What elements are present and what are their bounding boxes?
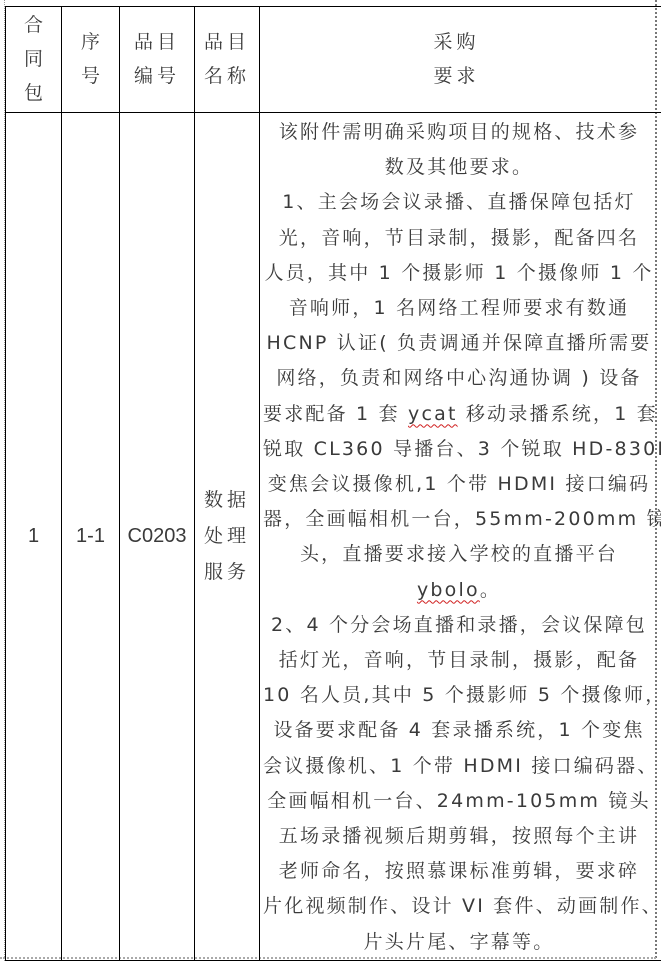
header-contract-package: 合 同 包: [6, 7, 62, 113]
table-row: 1 1-1 C0203 数据 处理 服务 该附件需明确采购项目的规格、技术参 数…: [6, 113, 661, 961]
header-text: 序: [79, 25, 102, 59]
requirements-line: 要求配备 1 套 ycat 移动录播系统，1 套: [263, 397, 655, 432]
header-item-code: 品目 编号: [120, 7, 195, 113]
requirements-line: 10 名人员,其中 5 个摄影师 5 个摄像师，: [263, 678, 655, 713]
header-text: 名称: [204, 59, 250, 93]
requirements-line: 1、主会场会议录播、直播保障包括灯: [263, 185, 655, 220]
requirements-line: 五场录播视频后期剪辑，按照每个主讲: [263, 819, 655, 854]
requirements-line: 器，全画幅相机一台，55mm-200mm 镜: [263, 502, 655, 537]
cell-text: C0203: [128, 525, 187, 547]
header-item-name: 品目 名称: [195, 7, 260, 113]
header-text: 编号: [134, 59, 180, 93]
requirements-line: 会议摄像机、1 个带 HDMI 接口编码器、: [263, 749, 655, 784]
requirements-line: 设备要求配备 4 套录播系统，1 个变焦: [263, 713, 655, 748]
requirements-line: 锐取 CL360 导播台、3 个锐取 HD-830L: [263, 432, 655, 467]
header-row: 合 同 包 序 号 品目 编号 品目 名称: [6, 7, 661, 113]
procurement-table: 合 同 包 序 号 品目 编号 品目 名称: [5, 6, 661, 961]
header-text: 品目: [204, 25, 250, 59]
requirements-line: 片头片尾、字幕等。: [263, 925, 655, 960]
cell-text: 1-1: [76, 525, 105, 547]
spellcheck-flagged-word: ycat: [408, 403, 458, 425]
cell-contract-package: 1: [6, 113, 62, 961]
header-requirements: 采购 要求: [260, 7, 661, 113]
header-text: 号: [79, 59, 102, 93]
spellcheck-flagged-word: ybolo: [417, 579, 480, 601]
requirements-line: 光，音响，节目录制，摄影，配备四名: [263, 221, 655, 256]
requirements-line: 人员，其中 1 个摄影师 1 个摄像师 1 个: [263, 256, 655, 291]
header-text: 包: [22, 76, 45, 110]
header-text: 同: [22, 42, 45, 76]
requirements-line: 音响师，1 名网络工程师要求有数通: [263, 291, 655, 326]
header-text: 采购: [433, 25, 479, 59]
cell-item-code: C0203: [120, 113, 195, 961]
header-text: 合: [22, 8, 45, 42]
requirements-line: 网络，负责和网络中心沟通协调 ) 设备: [263, 361, 655, 396]
requirements-line: 变焦会议摄像机,1 个带 HDMI 接口编码: [263, 467, 655, 502]
requirements-line: 片化视频制作、设计 VI 套件、动画制作、: [263, 889, 655, 924]
requirements-line: 老师命名，按照慕课标准剪辑，要求碎: [263, 854, 655, 889]
cell-text: 1: [28, 525, 39, 547]
cell-text: 服务: [195, 554, 259, 590]
cell-requirements: 该附件需明确采购项目的规格、技术参 数及其他要求。 1、主会场会议录播、直播保障…: [260, 113, 661, 961]
cell-text: 处理: [195, 518, 259, 554]
requirements-line: 数及其他要求。: [263, 150, 655, 185]
cell-serial-no: 1-1: [62, 113, 120, 961]
requirements-line: 括灯光，音响，节目录制，摄影，配备: [263, 643, 655, 678]
requirements-line: ybolo。: [263, 573, 655, 608]
header-text: 品目: [134, 25, 180, 59]
requirements-line: HCNP 认证( 负责调通并保障直播所需要: [263, 326, 655, 361]
requirements-text: 该附件需明确采购项目的规格、技术参 数及其他要求。 1、主会场会议录播、直播保障…: [260, 115, 655, 960]
requirements-line: 头，直播要求接入学校的直播平台: [263, 537, 655, 572]
header-serial-no: 序 号: [62, 7, 120, 113]
requirements-line: 全画幅相机一台、24mm-105mm 镜头: [263, 784, 655, 819]
cell-item-name: 数据 处理 服务: [195, 113, 260, 961]
cell-text: 数据: [195, 482, 259, 518]
requirements-line: 该附件需明确采购项目的规格、技术参: [263, 115, 655, 150]
requirements-line: 2、4 个分会场直播和录播，会议保障包: [263, 608, 655, 643]
header-text: 要求: [433, 59, 479, 93]
